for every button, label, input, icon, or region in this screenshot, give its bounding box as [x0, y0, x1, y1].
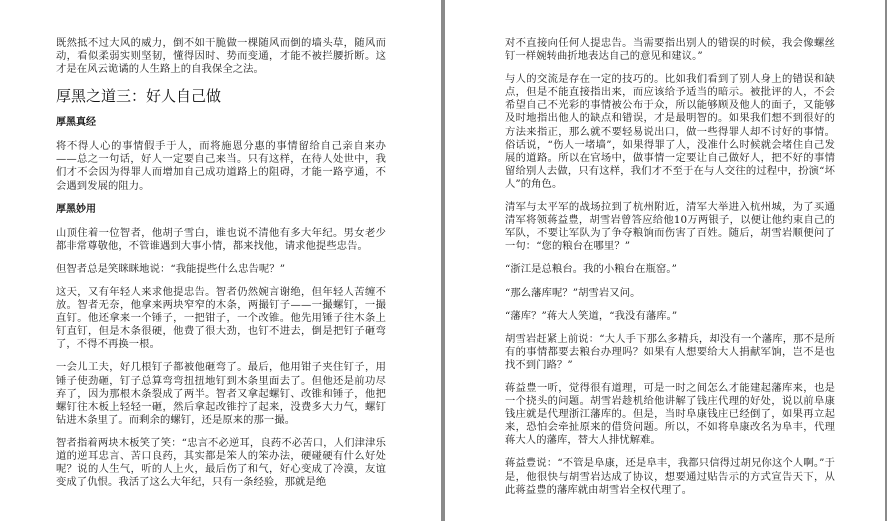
paragraph: 但智者总是笑眯眯地说：“我能提些什么忠告呢？” — [56, 263, 386, 276]
right-page-content: 对不直接向任何人提忠告。当需要指出别人的错误的时候，我会像螺丝钉一样婉转曲折地表… — [505, 37, 835, 507]
paragraph: 胡雪岩赶紧上前说：“大人手下那么多精兵，却没有一个藩库，那不是所有的事情都要去粮… — [505, 333, 835, 372]
paragraph: 与人的交流是存在一定的技巧的。比如我们看到了别人身上的错误和缺点，但是不能直接指… — [505, 73, 835, 191]
section-subheading: 厚黑真经 — [56, 116, 386, 129]
paragraph: 山顶住着一位智者，他胡子雪白，谁也说不清他有多大年纪。男女老少都非常尊敬他，不管… — [56, 227, 386, 253]
chapter-heading: 厚黑之道三：好人自己做 — [56, 86, 386, 106]
left-page-content: 既然抵不过大风的威力，倒不如干脆做一棵随风而倒的墙头草，随风而动，看似柔弱实则坚… — [56, 37, 386, 499]
paragraph: “藩库？”蒋大人笑道，“我没有藩库。” — [505, 310, 835, 323]
paragraph: “浙江是总粮台。我的小粮台在瓶窑。” — [505, 263, 835, 276]
paragraph: 既然抵不过大风的威力，倒不如干脆做一棵随风而倒的墙头草，随风而动，看似柔弱实则坚… — [56, 37, 386, 76]
left-page: 既然抵不过大风的威力，倒不如干脆做一棵随风而倒的墙头草，随风而动，看似柔弱实则坚… — [0, 0, 441, 521]
right-page: 对不直接向任何人提忠告。当需要指出别人的错误的时候，我会像螺丝钉一样婉转曲折地表… — [445, 0, 886, 521]
paragraph: 对不直接向任何人提忠告。当需要指出别人的错误的时候，我会像螺丝钉一样婉转曲折地表… — [505, 37, 835, 63]
paragraph: “那么藩库呢？”胡雪岩又问。 — [505, 287, 835, 300]
section-subheading: 厚黑妙用 — [56, 203, 386, 216]
paragraph: 智者指着两块木板笑了笑：“忠言不必逆耳，良药不必苦口，人们津津乐道的逆耳忠言、苦… — [56, 437, 386, 489]
paragraph: 将不得人心的事情假手于人，而将施恩分惠的事情留给自己亲自来办——总之一句话，好人… — [56, 140, 386, 192]
paragraph: 清军与太平军的战场拉到了杭州附近，清军大举进入杭州城，为了买通清军将领蒋益豊，胡… — [505, 201, 835, 253]
paragraph: 一会儿工夫，好几根钉子都被他砸弯了。最后，他用钳子夹住钉子，用锤子使劲砸，钉子总… — [56, 361, 386, 426]
paragraph: 蒋益豊说：“不管是阜康，还是阜丰，我都只信得过胡兄你这个人啊。”于是，他很快与胡… — [505, 457, 835, 496]
paragraph: 蒋益豊一听，觉得很有道理，可是一时之间怎么才能建起藩库来，也是一个挠头的问题。胡… — [505, 382, 835, 447]
paragraph: 这天，又有年轻人来求他提忠告。智者仍然婉言谢绝，但年轻人苦缠不放。智者无奈，他拿… — [56, 286, 386, 351]
